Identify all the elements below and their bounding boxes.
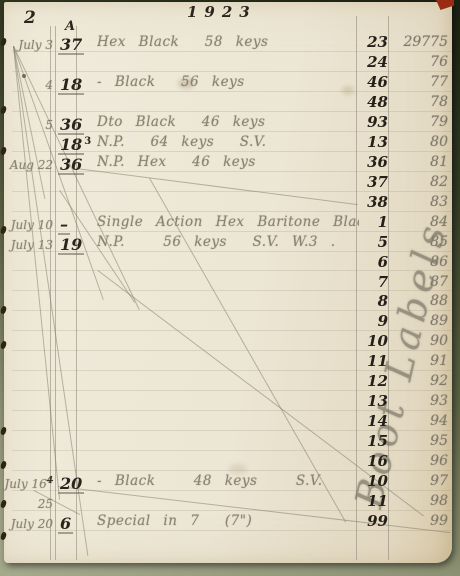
ledger-row: 1696 (4, 451, 460, 471)
tally-cell: 13 (358, 132, 388, 152)
tally-cell: 23 (358, 32, 388, 52)
horizontal-rule (12, 51, 452, 52)
tally-cell: 8 (358, 291, 388, 311)
serial-cell: 94 (392, 411, 448, 431)
serial-cell: 84 (392, 212, 448, 232)
tally-cell: 1 (358, 212, 388, 232)
tally-cell: 99 (358, 511, 388, 531)
serial-cell: 91 (392, 351, 448, 371)
horizontal-rule (12, 231, 452, 232)
horizontal-rule (12, 151, 452, 152)
description-cell: - Black 56 keys (97, 72, 359, 92)
tally-cell: 10 (358, 331, 388, 351)
serial-cell: 81 (392, 152, 448, 172)
ledger-row: 418- Black 56 keys4677 (4, 72, 460, 92)
qty-superscript: 3 (84, 136, 91, 147)
horizontal-rule (12, 71, 452, 72)
horizontal-rule (12, 131, 452, 132)
date-text: 25 (38, 497, 53, 511)
horizontal-rule (12, 390, 452, 391)
description-cell: N.P. 56 keys S.V. W.3 . (97, 232, 359, 252)
serial-cell: 78 (392, 92, 448, 112)
tally-cell: 13 (358, 391, 388, 411)
date-superscript: 4 (47, 476, 53, 486)
horizontal-rule (12, 310, 452, 311)
date-text: 4 (45, 78, 53, 92)
serial-cell: 76 (392, 52, 448, 72)
serial-cell: 98 (392, 491, 448, 511)
serial-cell: 97 (392, 471, 448, 491)
tally-cell: 16 (358, 451, 388, 471)
horizontal-rule (12, 330, 452, 331)
serial-cell: 96 (392, 451, 448, 471)
date-text: Aug 22 (10, 158, 53, 172)
ledger-row: 1595 (4, 431, 460, 451)
tally-cell: 38 (358, 192, 388, 212)
ledger-row: July 206Special in 7 (7")9999 (4, 511, 460, 531)
date-text: July 3 (18, 38, 53, 52)
horizontal-rule (12, 91, 452, 92)
tally-cell: 11 (358, 351, 388, 371)
horizontal-rule (12, 251, 452, 252)
serial-cell: 82 (392, 172, 448, 192)
serial-cell: 86 (392, 252, 448, 272)
horizontal-rule (12, 490, 452, 491)
ledger-row: 1191 (4, 351, 460, 371)
date-text: July 20 (11, 517, 53, 531)
ledger-row: 1393 (4, 391, 460, 411)
serial-cell: 77 (392, 72, 448, 92)
horizontal-rule (12, 270, 452, 271)
horizontal-rule (12, 171, 452, 172)
description-cell: Single Action Hex Baritone Black 43 keys (97, 212, 359, 232)
tally-cell: 10 (358, 471, 388, 491)
description-cell: Dto Black 46 keys (97, 112, 359, 132)
ledger-row: 686 (4, 252, 460, 272)
description-cell: - Black 48 keys S.V. (97, 471, 359, 491)
horizontal-rule (12, 370, 452, 371)
horizontal-rule (12, 470, 452, 471)
ledger-row: 183N.P. 64 keys S.V.1380 (4, 132, 460, 152)
ledger-row: July 1319N.P. 56 keys S.V. W.3 .585 (4, 232, 460, 252)
ledger-row: July 16420- Black 48 keys S.V.1097 (4, 471, 460, 491)
tally-cell: 15 (358, 431, 388, 451)
scanned-ledger-photo: { "document": { "type": "handwritten led… (0, 0, 460, 576)
ledger-row: July 337Hex Black 58 keys2329775 (4, 32, 460, 52)
ledger-row: 787 (4, 272, 460, 292)
tally-cell: 11 (358, 491, 388, 511)
serial-cell: 85 (392, 232, 448, 252)
tally-cell: 46 (358, 72, 388, 92)
tally-cell: 36 (358, 152, 388, 172)
serial-cell: 88 (392, 291, 448, 311)
date-text: July 16 (4, 477, 46, 491)
horizontal-rule (12, 510, 452, 511)
ledger-row: Aug 2236N.P. Hex 46 keys3681 (4, 152, 460, 172)
ledger-row: 1494 (4, 411, 460, 431)
tally-cell: 93 (358, 112, 388, 132)
date-text: 5 (45, 118, 53, 132)
tally-cell: 5 (358, 232, 388, 252)
ledger-row: 2476 (4, 52, 460, 72)
page-number: 2 (24, 8, 36, 28)
ledger-row: 1292 (4, 371, 460, 391)
description-cell: N.P. 64 keys S.V. (97, 132, 359, 152)
ledger-row: 251198 (4, 491, 460, 511)
ledger-row: 888 (4, 291, 460, 311)
horizontal-rule (12, 111, 452, 112)
horizontal-rule (12, 350, 452, 351)
serial-cell: 79 (392, 112, 448, 132)
serial-cell: 89 (392, 311, 448, 331)
tally-cell: 9 (358, 311, 388, 331)
date-text: July 13 (11, 238, 53, 252)
horizontal-rule (12, 410, 452, 411)
horizontal-rule (12, 290, 452, 291)
serial-cell: 87 (392, 272, 448, 292)
tally-cell: 48 (358, 92, 388, 112)
serial-cell: 93 (392, 391, 448, 411)
date-text: July 10 (11, 218, 53, 232)
serial-cell: 90 (392, 331, 448, 351)
tally-cell: 24 (358, 52, 388, 72)
tally-cell: 7 (358, 272, 388, 292)
ledger-row: 4878 (4, 92, 460, 112)
serial-cell: 29775 (392, 32, 448, 52)
ledger-row: 3883 (4, 192, 460, 212)
serial-cell: 83 (392, 192, 448, 212)
serial-cell: 80 (392, 132, 448, 152)
ledger-row: 3782 (4, 172, 460, 192)
horizontal-rule (12, 430, 452, 431)
description-cell: N.P. Hex 46 keys (97, 152, 359, 172)
horizontal-rule (12, 191, 452, 192)
description-cell: Hex Black 58 keys (97, 32, 359, 52)
tally-cell: 12 (358, 371, 388, 391)
horizontal-rule (12, 450, 452, 451)
ledger-row: 536Dto Black 46 keys9379 (4, 112, 460, 132)
year-heading: 1923 (187, 3, 257, 21)
serial-cell: 92 (392, 371, 448, 391)
serial-cell: 99 (392, 511, 448, 531)
qty-ink-number: 6 (58, 515, 73, 534)
ledger-paper: 2 1923 A Boot Labels July 337Hex Black 5… (4, 2, 452, 563)
tally-cell: 37 (358, 172, 388, 192)
ledger-row: 989 (4, 311, 460, 331)
tally-cell: 6 (358, 252, 388, 272)
horizontal-rule (12, 530, 452, 531)
ledger-row: July 10–Single Action Hex Baritone Black… (4, 212, 460, 232)
ledger-row: 1090 (4, 331, 460, 351)
description-cell: Special in 7 (7") (97, 511, 359, 531)
tally-cell: 14 (358, 411, 388, 431)
horizontal-rule (12, 211, 452, 212)
serial-cell: 95 (392, 431, 448, 451)
